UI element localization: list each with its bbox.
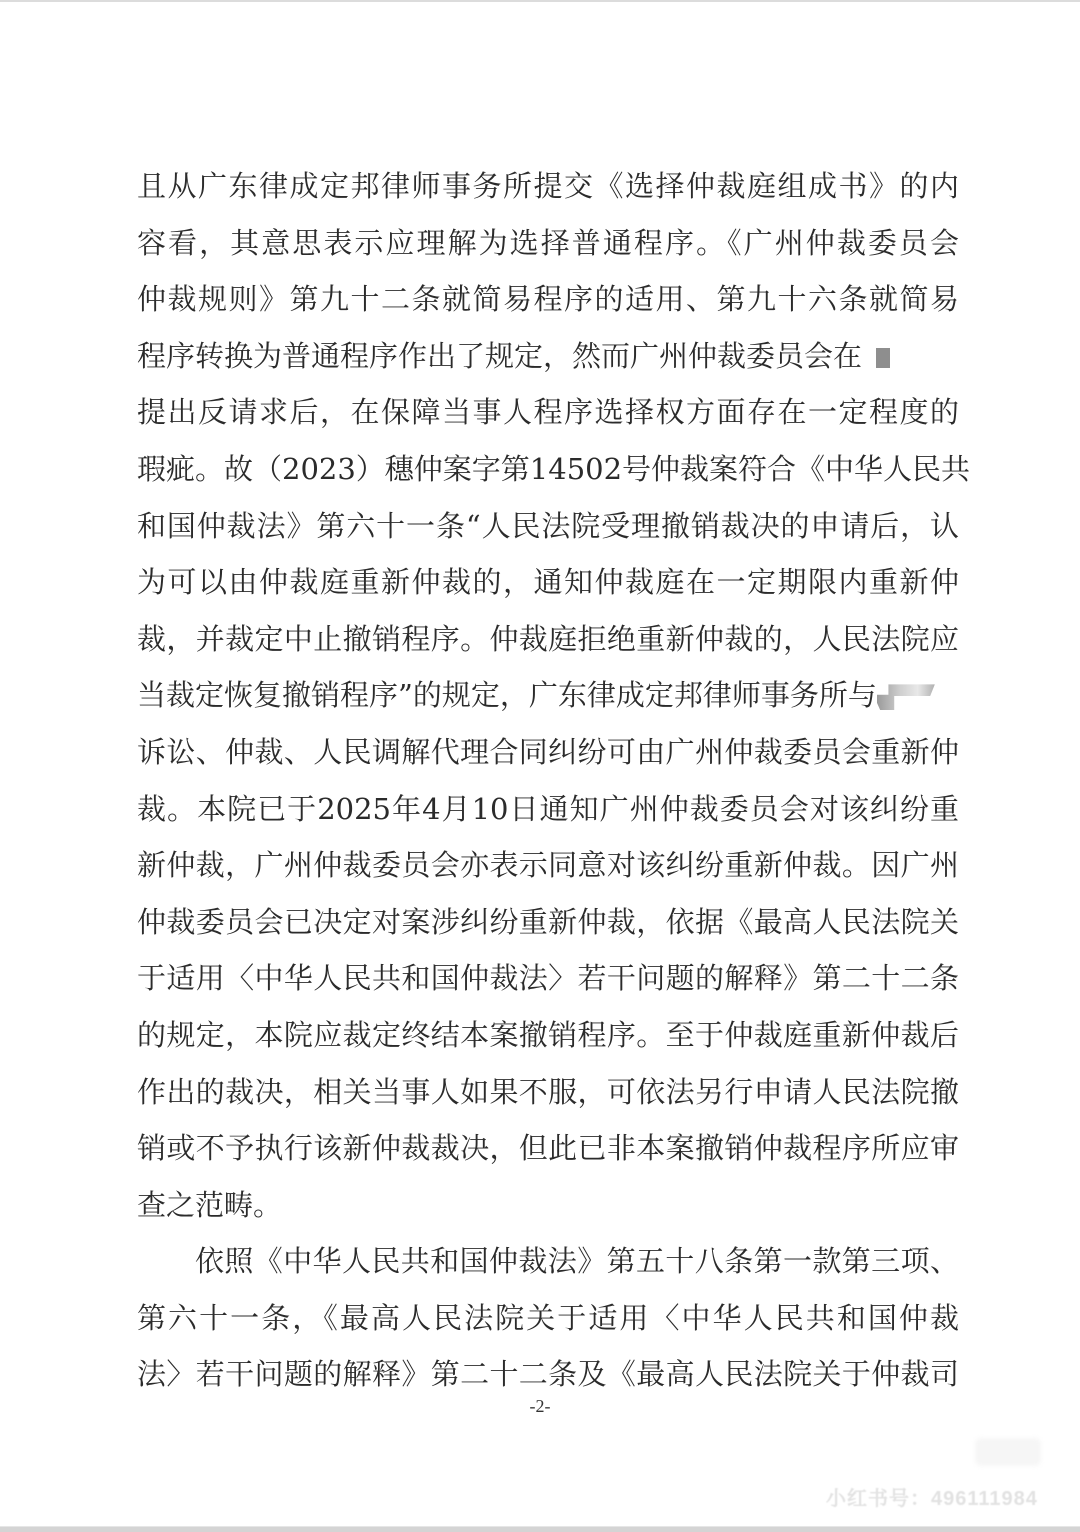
text-line: 法〉若干问题的解释》第二十二条及《最高人民法院关于仲裁司	[137, 1346, 959, 1403]
text-line: 于适用〈中华人民共和国仲裁法〉若干问题的解释》第二十二条	[137, 950, 959, 1007]
page-number: -2-	[0, 1396, 1080, 1417]
text-line: 依照《中华人民共和国仲裁法》第五十八条第一款第三项、	[137, 1233, 959, 1290]
bottom-border	[0, 1526, 1080, 1532]
text-line: 和国仲裁法》第六十一条“人民法院受理撤销裁决的申请后，认	[137, 498, 959, 555]
text-line: 程序转换为普通程序作出了规定，然而广州仲裁委员会在	[137, 339, 862, 373]
text-line: 第六十一条，《最高人民法院关于适用〈中华人民共和国仲裁	[137, 1290, 959, 1347]
text-line: 查之范畴。	[137, 1177, 959, 1234]
text-line: 仲裁规则》第九十二条就简易程序的适用、第九十六条就简易	[137, 271, 959, 328]
text-line: 仲裁委员会已决定对案涉纠纷重新仲裁，依据《最高人民法院关	[137, 894, 959, 951]
text-line: 为可以由仲裁庭重新仲裁的，通知仲裁庭在一定期限内重新仲	[137, 554, 959, 611]
text-line: 的规定，本院应裁定终结本案撤销程序。至于仲裁庭重新仲裁后	[137, 1007, 959, 1064]
text-line: 提出反请求后，在保障当事人程序选择权方面存在一定程度的	[137, 384, 959, 441]
text-line: 裁。本院已于2025年4月10日通知广州仲裁委员会对该纠纷重	[137, 781, 959, 838]
text-line-with-redaction: 程序转换为普通程序作出了规定，然而广州仲裁委员会在	[137, 328, 959, 385]
redaction-mosaic	[876, 348, 890, 368]
text-line: 诉讼、仲裁、人民调解代理合同纠纷可由广州仲裁委员会重新仲	[137, 724, 959, 781]
watermark: 小红书号：496111984	[826, 1482, 1038, 1511]
text-line: 裁，并裁定中止撤销程序。仲裁庭拒绝重新仲裁的，人民法院应	[137, 611, 959, 668]
text-line: 瑕疵。故（2023）穗仲案字第14502号仲裁案符合《中华人民共	[137, 441, 959, 498]
text-line: 容看，其意思表示应理解为选择普通程序。《广州仲裁委员会	[137, 215, 959, 272]
text-line: 作出的裁决，相关当事人如果不服，可依法另行申请人民法院撤	[137, 1064, 959, 1121]
text-line: 当裁定恢复撤销程序”的规定，广东律成定邦律师事务所与	[137, 678, 877, 712]
text-line: 且从广东律成定邦律师事务所提交《选择仲裁庭组成书》的内	[137, 158, 959, 215]
document-body: 且从广东律成定邦律师事务所提交《选择仲裁庭组成书》的内 容看，其意思表示应理解为…	[137, 158, 959, 1403]
text-line: 销或不予执行该新仲裁裁决，但此已非本案撤销仲裁程序所应审	[137, 1120, 959, 1177]
text-line: 新仲裁，广州仲裁委员会亦表示同意对该纠纷重新仲裁。因广州	[137, 837, 959, 894]
text-line-with-redaction: 当裁定恢复撤销程序”的规定，广东律成定邦律师事务所与	[137, 667, 959, 724]
redaction-mosaic	[877, 684, 935, 710]
watermark-logo-icon	[975, 1438, 1041, 1466]
top-border	[0, 0, 1080, 2]
